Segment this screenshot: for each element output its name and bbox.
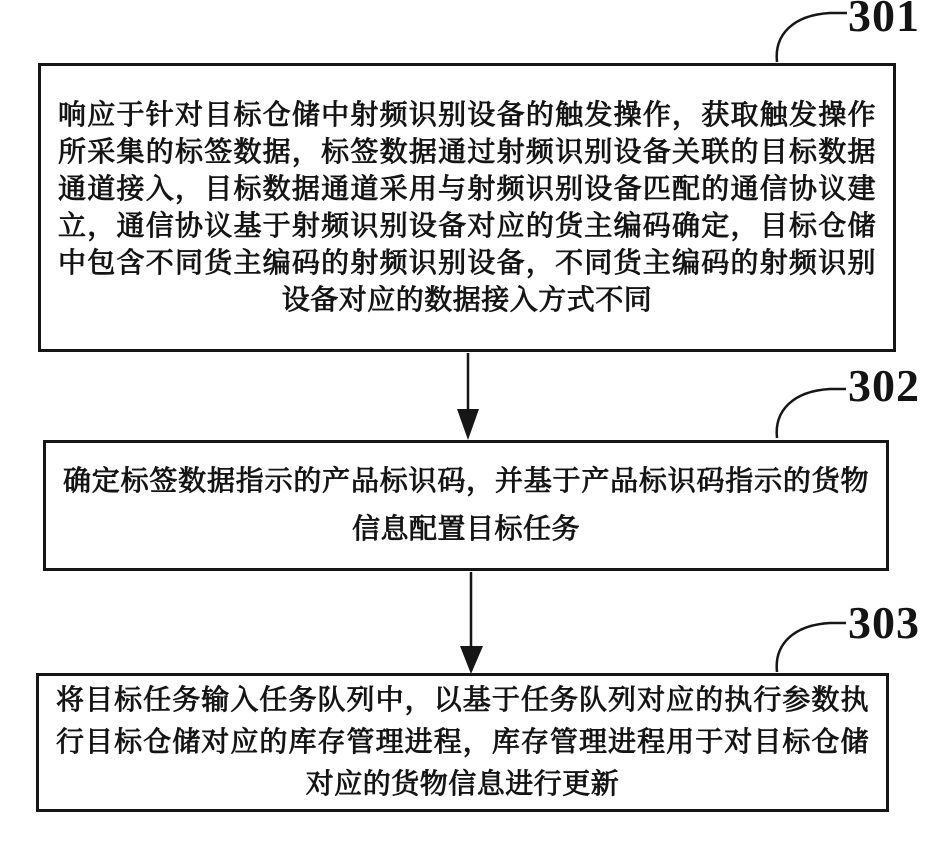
ref-leader-line-301 [777, 13, 847, 62]
ref-leader-line-303 [777, 623, 846, 672]
flow-step-text-line: 将目标任务输入任务队列中，以基于任务队列对应的执行参数执 [56, 680, 869, 722]
flow-arrow-step2-to-step3-icon [460, 572, 483, 674]
flow-step-303: 将目标任务输入任务队列中，以基于任务队列对应的执行参数执行目标仓储对应的库存管理… [36, 673, 889, 812]
flow-step-text-line: 信息配置目标任务 [63, 506, 869, 554]
flow-step-text-line: 设备对应的数据接入方式不同 [58, 282, 876, 319]
patent-flowchart-figure: 301 302 303 响应于针对目标仓储中射频识别设备的触发操作，获取触发操作… [0, 0, 932, 867]
flow-step-text-line: 行目标仓储对应的库存管理进程，库存管理进程用于对目标仓储 [56, 722, 869, 764]
ref-label-302: 302 [848, 363, 920, 409]
flow-arrow-step1-to-step2-icon [457, 353, 479, 440]
flow-step-text-line: 中包含不同货主编码的射频识别设备，不同货主编码的射频识别 [58, 245, 876, 282]
ref-label-301: 301 [848, 0, 920, 39]
flow-step-text-line: 确定标签数据指示的产品标识码，并基于产品标识码指示的货物 [63, 458, 869, 506]
flow-step-302: 确定标签数据指示的产品标识码，并基于产品标识码指示的货物信息配置目标任务 [43, 440, 889, 571]
ref-label-303: 303 [848, 600, 920, 646]
flow-step-text-line: 对应的货物信息进行更新 [56, 764, 869, 806]
flow-step-text-line: 响应于针对目标仓储中射频识别设备的触发操作，获取触发操作 [58, 97, 876, 134]
flow-step-text-line: 所采集的标签数据，标签数据通过射频识别设备关联的目标数据 [58, 134, 876, 171]
ref-leader-line-302 [777, 389, 846, 438]
flow-step-text-line: 立，通信协议基于射频识别设备对应的货主编码确定，目标仓储 [58, 208, 876, 245]
flow-step-301: 响应于针对目标仓储中射频识别设备的触发操作，获取触发操作所采集的标签数据，标签数… [38, 63, 896, 352]
flow-step-text-line: 通道接入，目标数据通道采用与射频识别设备匹配的通信协议建 [58, 171, 876, 208]
